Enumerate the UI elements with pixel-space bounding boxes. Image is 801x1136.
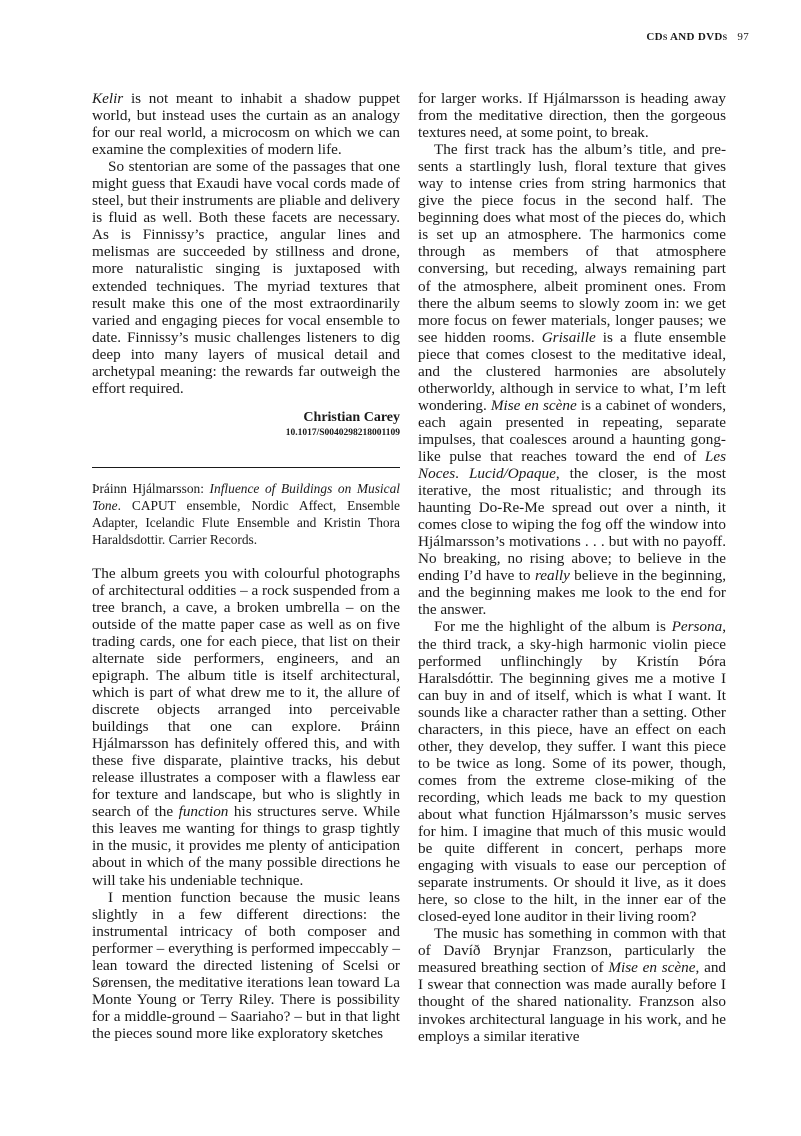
italic-text: Mise en scène — [491, 397, 577, 414]
text-run: is not meant to inhabit a shadow puppet … — [92, 90, 400, 158]
right-column: for larger works. If Hjálmarsson is head… — [418, 90, 726, 1045]
continuation-text: Kelir is not meant to inhabit a shadow p… — [92, 90, 400, 397]
italic-text: Lucid/Opaque — [469, 465, 556, 482]
paragraph: The music has something in common with t… — [418, 925, 726, 1044]
text-run: . CAPUT ensemble, Nordic Affect, Ensembl… — [92, 498, 400, 547]
text-run: The first track has the album’s title, a… — [418, 141, 726, 346]
running-head: CDs AND DVDs 97 — [646, 31, 749, 43]
paragraph: For me the highlight of the album is Per… — [418, 618, 726, 925]
paragraph: The album greets you with colourful phot… — [92, 565, 400, 889]
italic-text: Persona — [672, 618, 723, 635]
section-title: CDs AND DVDs — [646, 31, 727, 43]
text-run: , the third track, a sky-high harmonic v… — [418, 618, 726, 925]
text-run: for larger works. If Hjálmarsson is head… — [418, 90, 726, 141]
paragraph: for larger works. If Hjálmarsson is head… — [418, 90, 726, 141]
review-heading: Þráinn Hjálmarsson: Influence of Buildin… — [92, 480, 400, 549]
text-run: I mention function because the music lea… — [92, 889, 400, 1042]
paragraph: So stentorian are some of the passages t… — [92, 158, 400, 397]
text-run: Þráinn Hjálmarsson: — [92, 481, 210, 496]
paragraph: The first track has the album’s title, a… — [418, 141, 726, 618]
page-number: 97 — [737, 31, 749, 43]
paragraph: Kelir is not meant to inhabit a shadow p… — [92, 90, 400, 158]
italic-text: function — [179, 803, 229, 820]
doi: 10.1017/S0040298218001109 — [92, 426, 400, 440]
italic-text: Mise en scène — [608, 959, 695, 976]
italic-text: really — [535, 567, 570, 584]
text-run: . — [455, 465, 469, 482]
section-divider — [92, 467, 400, 468]
text-run: For me the highlight of the album is — [434, 618, 672, 635]
italic-text: Kelir — [92, 90, 123, 107]
text-run: So stentorian are some of the passages t… — [92, 158, 400, 397]
reviewer-name: Christian Carey — [92, 409, 400, 426]
left-column: Kelir is not meant to inhabit a shadow p… — [92, 90, 400, 1042]
paragraph: I mention function because the music lea… — [92, 889, 400, 1042]
italic-text: Grisaille — [542, 329, 596, 346]
text-run: The album greets you with colourful phot… — [92, 565, 400, 821]
